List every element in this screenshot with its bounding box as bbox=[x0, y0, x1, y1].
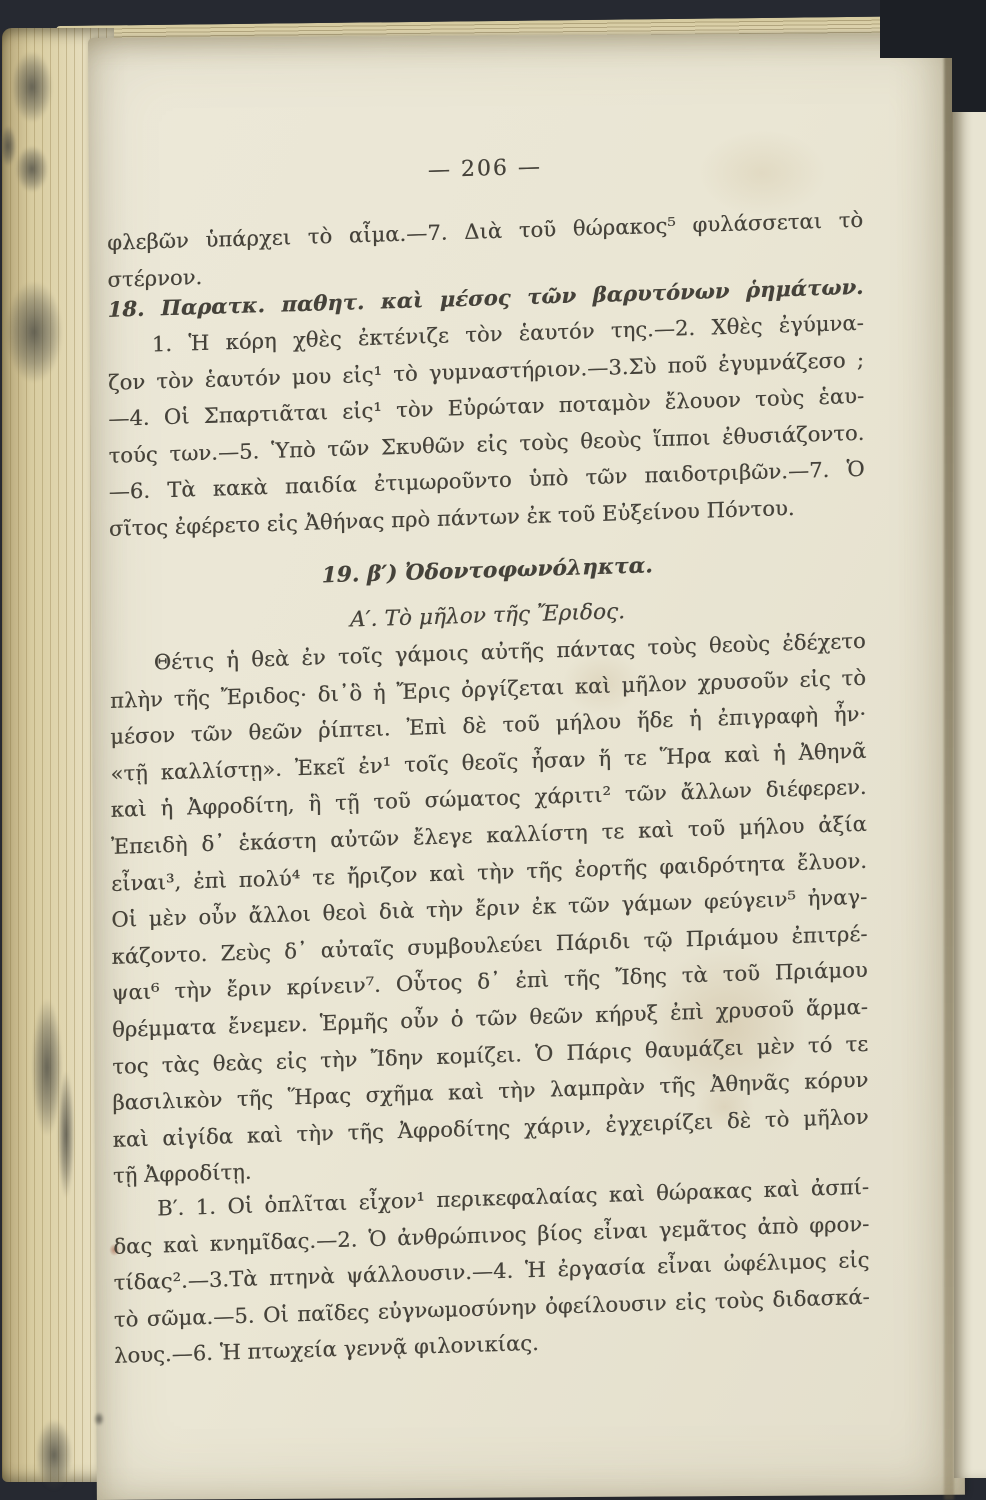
page-number: — 206 — bbox=[107, 140, 863, 200]
ink-smudge bbox=[6, 282, 62, 382]
ink-smudge bbox=[12, 52, 52, 122]
exercise-18-sentences: 1. Ἡ κόρη χθὲς ἐκτένιζε τὸν ἑαυτόν της.—… bbox=[108, 305, 865, 548]
background-corner bbox=[952, 0, 986, 112]
facing-page-edge bbox=[954, 66, 986, 1478]
ink-smudge bbox=[36, 1420, 72, 1490]
ink-smudge bbox=[16, 146, 48, 192]
ink-smudge bbox=[94, 1412, 104, 1426]
page-text: — 206 — φλεβῶν ὑπάρχει τὸ αἷμα.—7. Διὰ τ… bbox=[106, 15, 870, 1438]
reading-a-text: Θέτις ἡ θεὰ ἐν τοῖς γάμοις αὐτῆς πάντας … bbox=[110, 623, 869, 1195]
ink-smudge bbox=[58, 1072, 74, 1197]
book-page: — 206 — φλεβῶν ὑπάρχει τὸ αἷμα.—7. Διὰ τ… bbox=[88, 33, 965, 1500]
book-scan: — 206 — φλεβῶν ὑπάρχει τὸ αἷμα.—7. Διὰ τ… bbox=[0, 0, 986, 1500]
ink-smudge bbox=[0, 126, 16, 166]
exercise-b-sentences: Β′. 1. Οἱ ὁπλῖται εἶχον¹ περικεφαλαίας κ… bbox=[113, 1169, 870, 1375]
gutter-shadow bbox=[944, 52, 954, 1500]
